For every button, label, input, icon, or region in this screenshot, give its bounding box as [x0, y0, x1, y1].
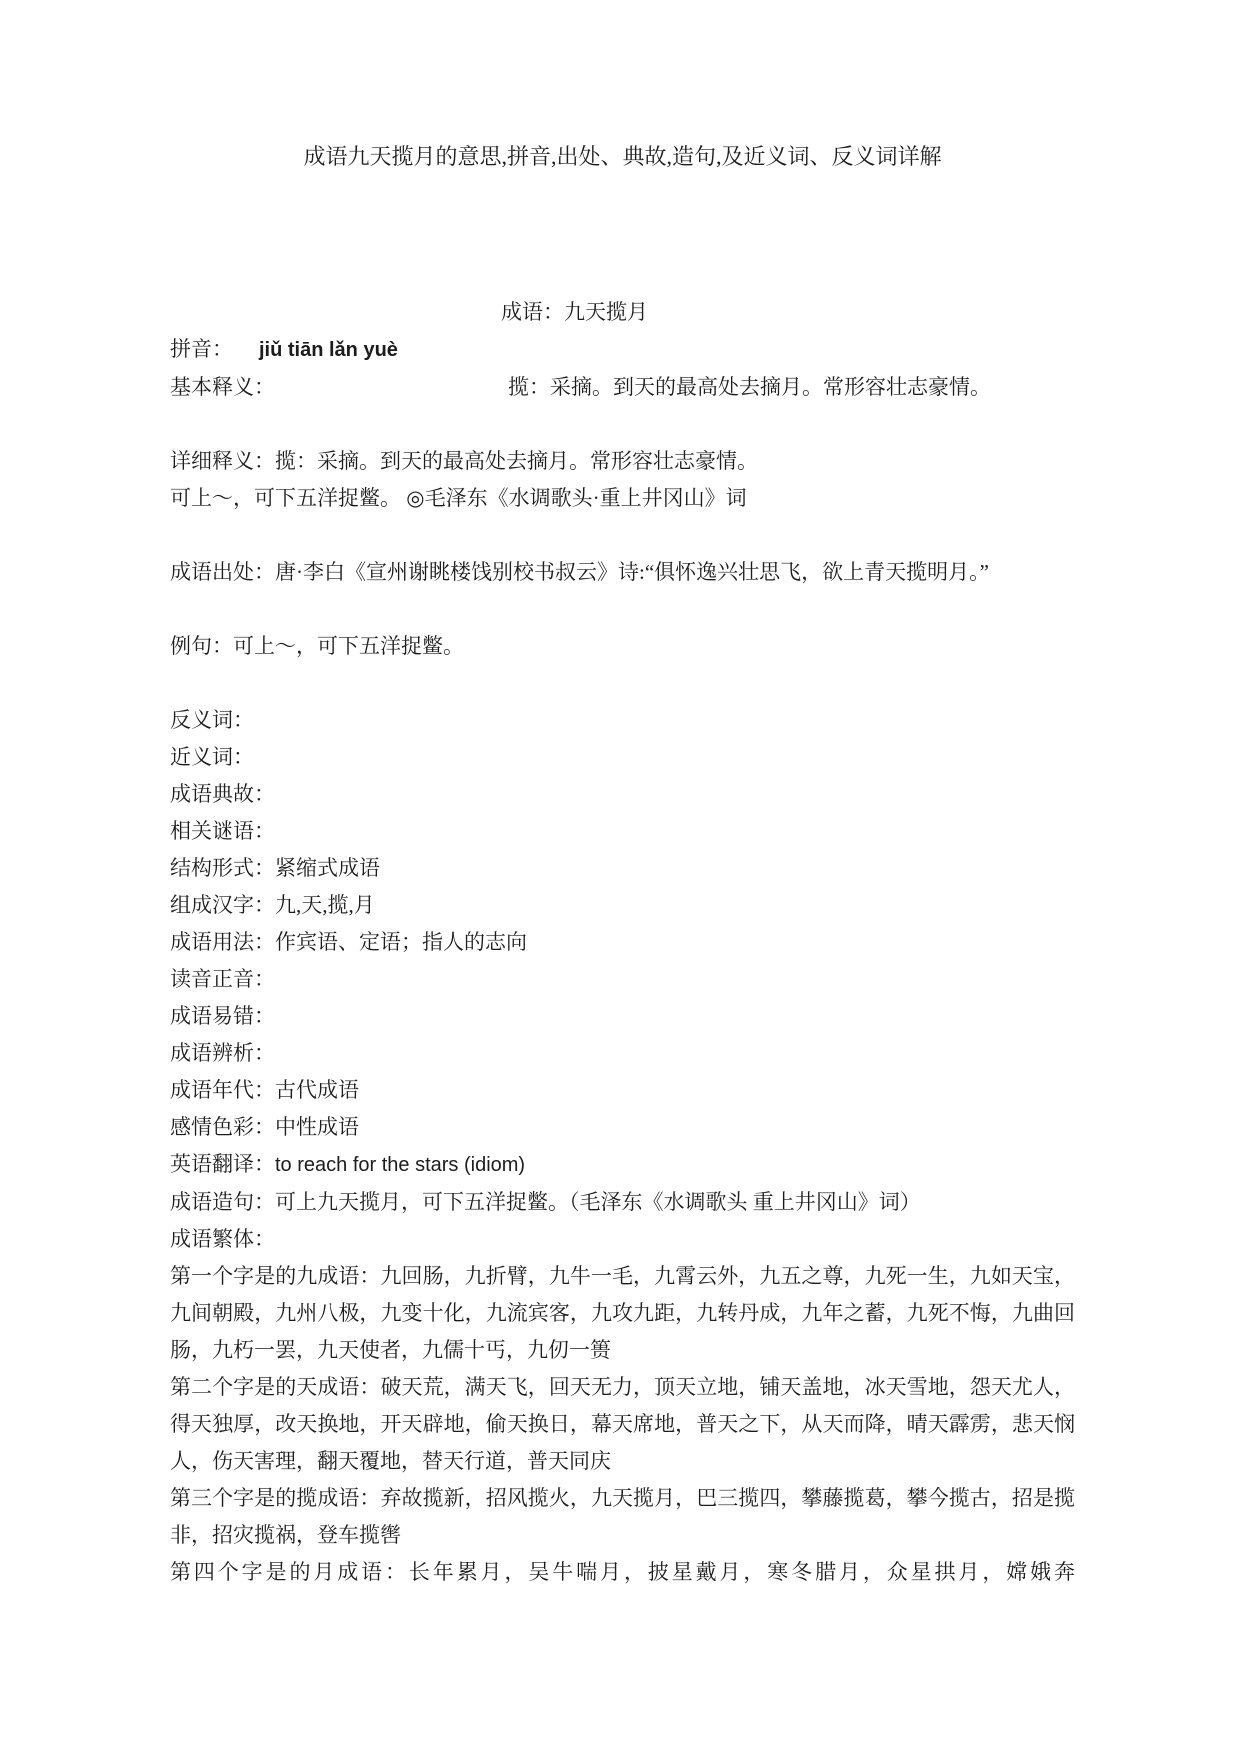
idiom-source-line: 成语出处：唐·李白《宣州谢眺楼饯别校书叔云》诗:“俱怀逸兴壮思飞，欲上青天揽明月… — [170, 554, 1075, 591]
attribute-line-antonyms: 反义词： — [170, 702, 1075, 739]
attribute-label: 成语辨析： — [170, 1041, 275, 1065]
basic-definition-value: 揽：采摘。到天的最高处去摘月。常形容壮志豪情。 — [508, 375, 991, 399]
idiom-heading: 成语：九天揽月 — [170, 294, 1075, 331]
attribute-line-error-prone: 成语易错： — [170, 998, 1075, 1035]
attribute-label: 结构形式： — [170, 856, 275, 880]
blank-line — [170, 517, 1075, 554]
page-title: 成语九天揽月的意思,拼音,出处、典故,造句,及近义词、反义词详解 — [170, 131, 1075, 183]
attribute-line-sentiment: 感情色彩：中性成语 — [170, 1109, 1075, 1146]
attribute-label: 成语用法： — [170, 930, 275, 954]
blank-line — [170, 406, 1075, 443]
pinyin-line: 拼音：jiǔ tiān lǎn yuè — [170, 331, 1075, 369]
attribute-value: 古代成语 — [275, 1078, 359, 1102]
attribute-label: 读音正音： — [170, 967, 275, 991]
attribute-line-allusion: 成语典故： — [170, 776, 1075, 813]
blank-line — [170, 591, 1075, 628]
attribute-line-traditional-form: 成语繁体： — [170, 1221, 1075, 1258]
attribute-label: 成语繁体： — [170, 1227, 275, 1251]
attribute-value: 九,天,揽,月 — [275, 893, 375, 917]
paragraph-second-char-idioms: 第二个字是的天成语：破天荒，满天飞，回天无力，顶天立地，铺天盖地，冰天雪地，怨天… — [170, 1369, 1075, 1480]
attribute-line-example-sentence: 成语造句：可上九天揽月，可下五洋捉鳖。（毛泽东《水调歌头 重上井冈山》词） — [170, 1184, 1075, 1221]
paragraph-fourth-char-idioms: 第四个字是的月成语：长年累月，吴牛喘月，披星戴月，寒冬腊月，众星拱月，嫦娥奔 — [170, 1554, 1075, 1591]
attribute-line-characters: 组成汉字：九,天,揽,月 — [170, 887, 1075, 924]
basic-definition-label: 基本释义： — [170, 375, 275, 399]
detailed-definition-line-1: 详细释义：揽：采摘。到天的最高处去摘月。常形容壮志豪情。 — [170, 443, 1075, 480]
detailed-definition-line-2: 可上～，可下五洋捉鳖。 ◎毛泽东《水调歌头·重上井冈山》词 — [170, 480, 1075, 517]
attribute-line-synonyms: 近义词： — [170, 739, 1075, 776]
attribute-value-english: to reach for the stars (idiom) — [275, 1154, 525, 1176]
basic-definition-line: 基本释义：揽：采摘。到天的最高处去摘月。常形容壮志豪情。 — [170, 369, 1075, 406]
attribute-label: 成语年代： — [170, 1078, 275, 1102]
paragraph-third-char-idioms: 第三个字是的揽成语：弃故揽新，招风揽火，九天揽月，巴三揽四，攀藤揽葛，攀今揽古，… — [170, 1480, 1075, 1554]
paragraph-first-char-idioms: 第一个字是的九成语：九回肠，九折臂，九牛一毛，九霄云外，九五之尊，九死一生，九如… — [170, 1258, 1075, 1369]
attribute-value: 作宾语、定语；指人的志向 — [275, 930, 527, 954]
attribute-line-riddle: 相关谜语： — [170, 813, 1075, 850]
blank-line — [170, 665, 1075, 702]
attribute-value: 可上九天揽月，可下五洋捉鳖。（毛泽东《水调歌头 重上井冈山》词） — [275, 1190, 921, 1214]
attribute-label: 感情色彩： — [170, 1115, 275, 1139]
attribute-value: 中性成语 — [275, 1115, 359, 1139]
attribute-line-structure: 结构形式：紧缩式成语 — [170, 850, 1075, 887]
document-page: 成语九天揽月的意思,拼音,出处、典故,造句,及近义词、反义词详解 成语：九天揽月… — [0, 0, 1240, 1591]
attribute-label: 成语典故： — [170, 782, 275, 806]
attribute-line-discrimination: 成语辨析： — [170, 1035, 1075, 1072]
attribute-label: 近义词： — [170, 745, 254, 769]
attribute-label: 成语易错： — [170, 1004, 275, 1028]
attribute-line-era: 成语年代：古代成语 — [170, 1072, 1075, 1109]
attribute-label: 相关谜语： — [170, 819, 275, 843]
attribute-label: 英语翻译： — [170, 1152, 275, 1176]
pinyin-value: jiǔ tiān lǎn yuè — [259, 339, 398, 361]
example-line: 例句：可上～，可下五洋捉鳖。 — [170, 628, 1075, 665]
attribute-label: 成语造句： — [170, 1190, 275, 1214]
attribute-line-pronunciation: 读音正音： — [170, 961, 1075, 998]
pinyin-label: 拼音： — [170, 337, 233, 361]
attribute-value: 紧缩式成语 — [275, 856, 380, 880]
attribute-label: 组成汉字： — [170, 893, 275, 917]
attribute-label: 反义词： — [170, 708, 254, 732]
attribute-line-english-translation: 英语翻译：to reach for the stars (idiom) — [170, 1146, 1075, 1184]
attribute-line-usage: 成语用法：作宾语、定语；指人的志向 — [170, 924, 1075, 961]
